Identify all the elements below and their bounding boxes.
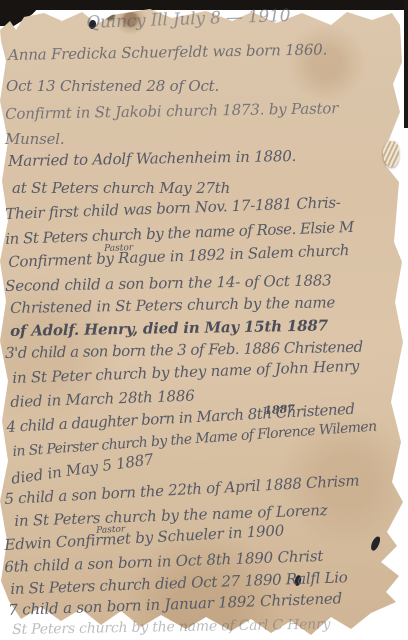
scan-edge-right bbox=[404, 0, 408, 128]
annotation-pastor: Pastor bbox=[104, 243, 133, 254]
paper-curl bbox=[383, 141, 399, 167]
annotation-year: 1887 bbox=[264, 402, 295, 417]
handwritten-line: at St Peters church May 27th bbox=[12, 179, 230, 197]
annotation-pastor: Pastor bbox=[96, 524, 125, 536]
handwritten-line: Oct 13 Christened 28 of Oct. bbox=[6, 77, 219, 95]
handwritten-line: Munsel. bbox=[5, 130, 64, 148]
